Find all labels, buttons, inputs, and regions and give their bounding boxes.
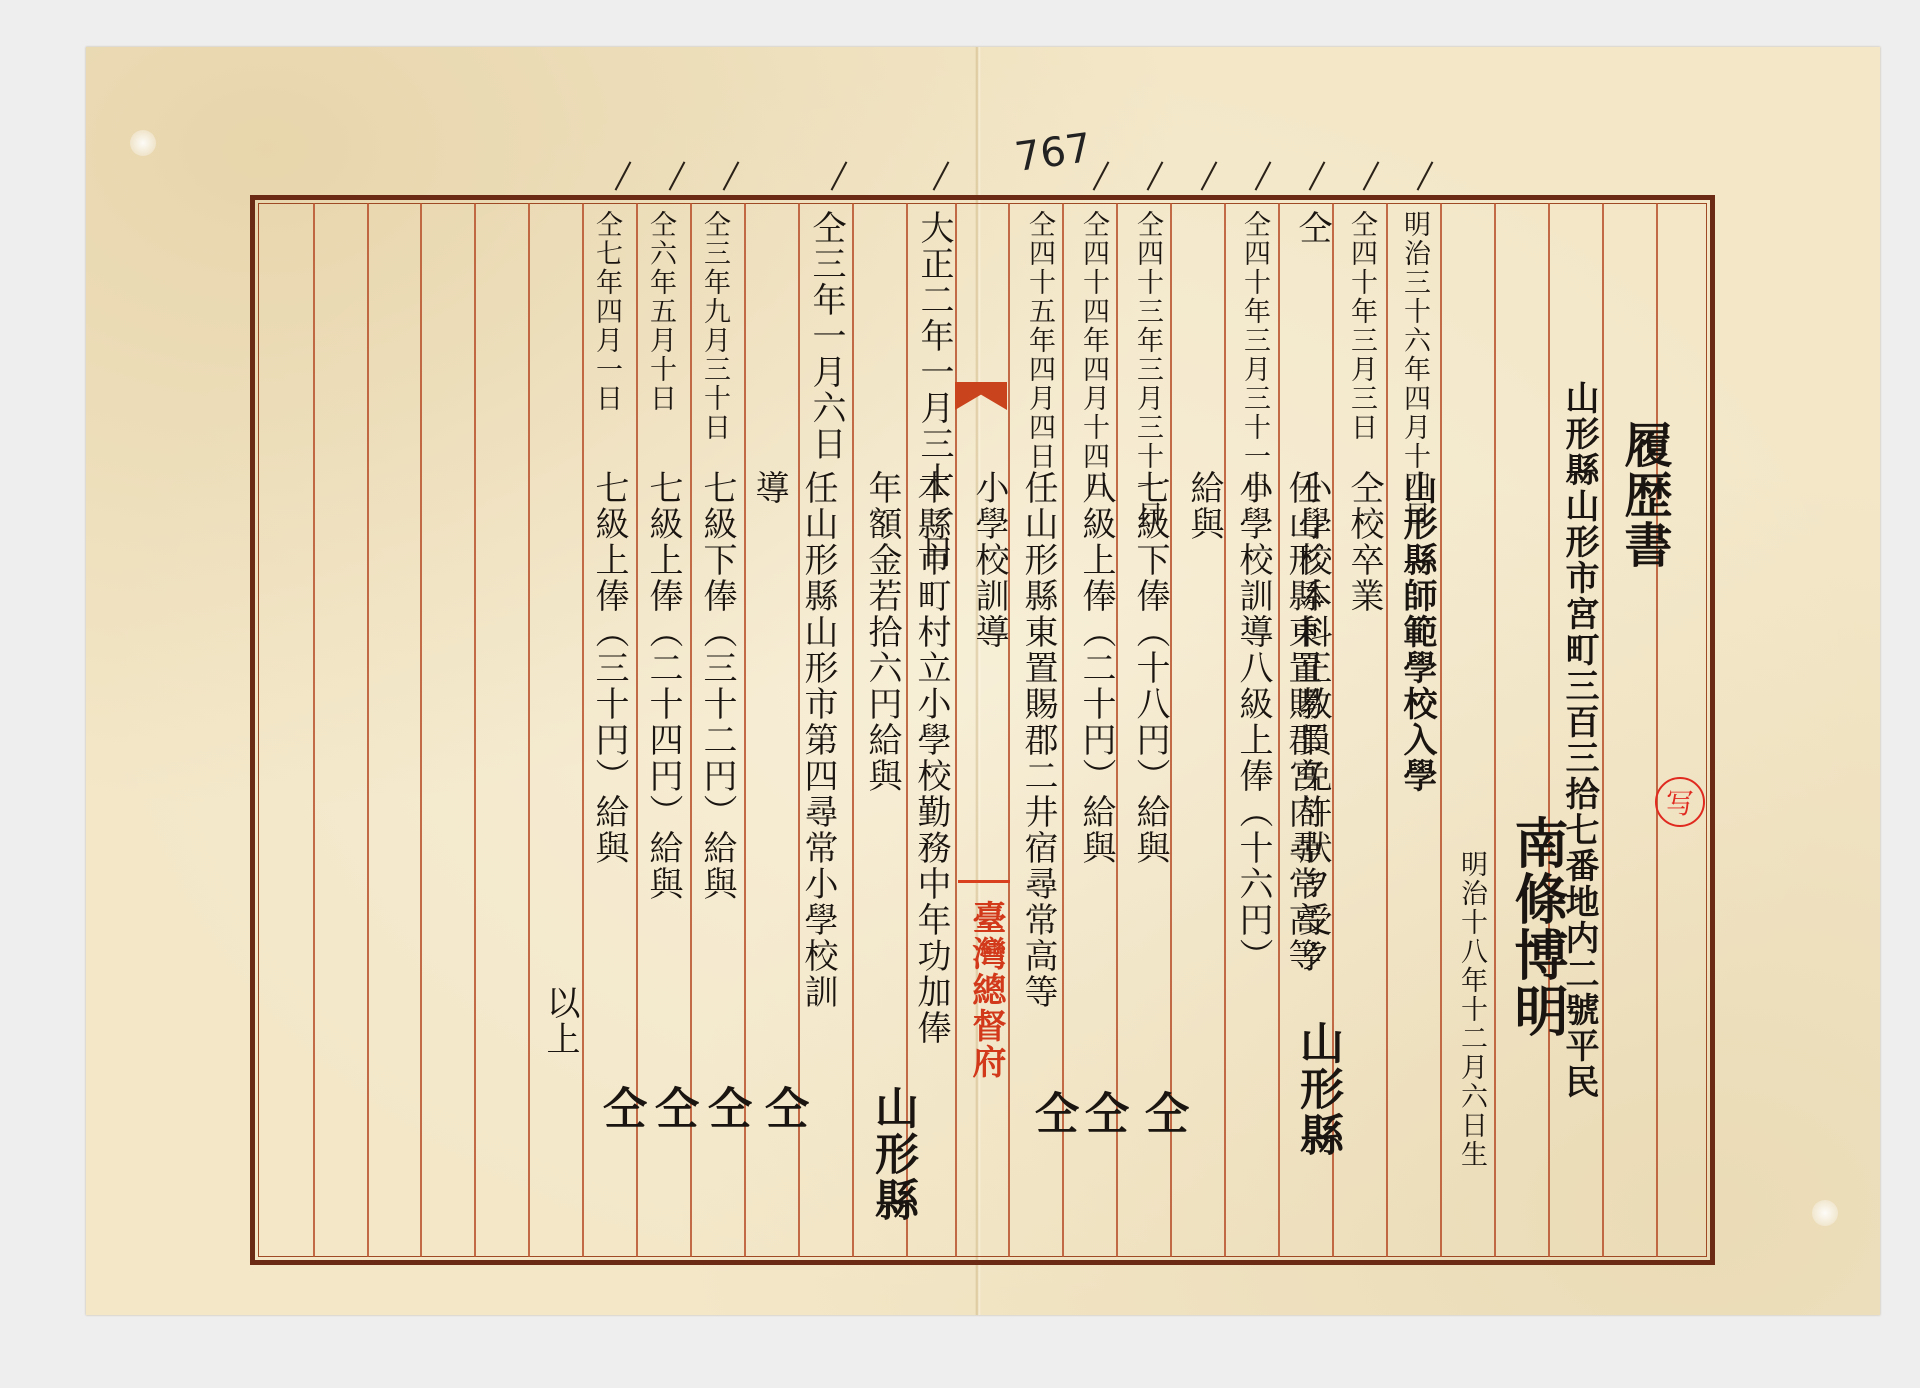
- column-rule: [528, 203, 530, 1257]
- entry-date: 仝四十五年四月四日: [1020, 210, 1059, 471]
- entry-date: 仝四十年三月三日: [1342, 210, 1381, 442]
- entry-text: 仝校卒業: [1340, 470, 1389, 614]
- column-rule: [474, 203, 476, 1257]
- entry-date: 仝三年一月六日: [802, 210, 851, 462]
- entry-text: 任山形縣山形市第四尋常小學校訓導: [745, 470, 843, 1030]
- entry-place: 仝: [1130, 1090, 1194, 1136]
- entry-text: 山形縣師範學校入學: [1393, 470, 1442, 794]
- entry-place: 仝: [750, 1085, 814, 1131]
- column-rule: [582, 203, 584, 1257]
- entry-place: 仝: [588, 1085, 652, 1131]
- column-rule: [313, 203, 315, 1257]
- entry-date: 仝六年五月十日: [641, 210, 680, 413]
- column-rule: [1656, 203, 1658, 1257]
- entry-text: 七級下俸（三十二円）給與: [693, 470, 742, 902]
- column-rule: [420, 203, 422, 1257]
- column-rule: [1548, 203, 1550, 1257]
- entry-text: 本縣市町村立小學校勤務中年功加俸年額金若拾六円給與: [858, 470, 956, 1070]
- birth-date: 明治十八年十二月六日生: [1452, 850, 1491, 1169]
- entry-date: 仝三年九月三十日: [695, 210, 734, 442]
- emboss-mark: [130, 130, 156, 156]
- entry-text: 八級上俸（二十円）給與: [1072, 470, 1121, 866]
- column-rule: [367, 203, 369, 1257]
- entry-place: 山形縣: [860, 1085, 924, 1223]
- entry-date: 仝七年四月一日: [587, 210, 626, 413]
- entry-text: 七級上俸（二十四円）給與: [639, 470, 688, 902]
- entry-date: 仝: [1288, 210, 1337, 246]
- entry-place: 山形縣: [1285, 1020, 1349, 1158]
- person-name: 南條博明: [1500, 815, 1577, 1039]
- seal-stamp: 写: [1655, 777, 1705, 827]
- red-bar: [958, 880, 1010, 883]
- entry-text: 任山形縣東置賜郡宮内尋常高等小學校訓導八級上俸（十六円）給與: [1180, 470, 1327, 990]
- entry-text: 七級上俸（三十円）給與: [585, 470, 634, 866]
- entry-date: 仝四十四年四月十四日: [1074, 210, 1113, 500]
- entry-place: 仝: [1020, 1090, 1084, 1136]
- seal-text: 写: [1666, 782, 1694, 822]
- entry-date: 仝四十年三月三十一日: [1235, 210, 1274, 500]
- closing-text: 以上: [536, 985, 585, 1057]
- document-title: 履歴書: [1610, 420, 1679, 570]
- column-rule: [1494, 203, 1496, 1257]
- column-rule: [1386, 203, 1388, 1257]
- column-rule: [852, 203, 854, 1257]
- printed-margin-label: 臺灣總督府: [962, 900, 1011, 1080]
- entry-text: 七級下俸（十八円）給與: [1126, 470, 1175, 866]
- emboss-mark: [1812, 1200, 1838, 1226]
